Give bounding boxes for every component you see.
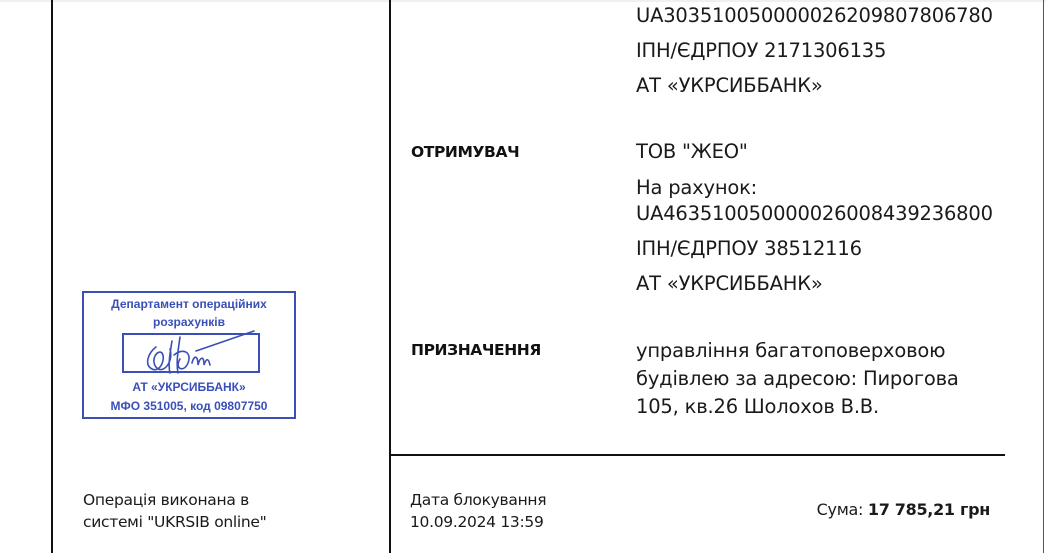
payer-bank: АТ «УКРСИББАНК» [636, 73, 823, 99]
purpose-line-3: 105, кв.26 Шолохов В.В. [636, 394, 879, 420]
recipient-bank: АТ «УКРСИББАНК» [636, 271, 823, 297]
recipient-account: UA463510050000026008439236800 [636, 201, 993, 227]
sum-value: 17 785,21 грн [868, 500, 990, 519]
recipient-tax-id: ІПН/ЄДРПОУ 38512116 [636, 236, 862, 262]
stamp-line-4: МФО 351005, код 09807750 [84, 399, 294, 413]
payer-account: UA303510050000026209807806780 [636, 3, 993, 29]
system-note-line-2: системі "UKRSIB online" [83, 511, 267, 533]
block-date-label: Дата блокування [410, 489, 546, 511]
stamp-line-1: Департамент операційних [84, 297, 294, 311]
top-edge [0, 0, 1046, 2]
system-note-line-1: Операція виконана в [83, 489, 267, 511]
purpose-label: ПРИЗНАЧЕННЯ [411, 341, 541, 359]
purpose-line-2: будівлею за адресою: Пирогова [636, 366, 959, 392]
block-date: Дата блокування 10.09.2024 13:59 [410, 489, 546, 533]
column-divider [389, 0, 391, 553]
stamp-line-3: АТ «УКРСИББАНК» [84, 380, 294, 394]
signature-icon [134, 319, 274, 379]
recipient-name: ТОВ "ЖЕО" [636, 139, 748, 165]
payer-tax-id: ІПН/ЄДРПОУ 2171306135 [636, 38, 886, 64]
bank-stamp: Департамент операційних розрахунків АТ «… [82, 291, 296, 419]
footer-divider [391, 454, 1005, 456]
sum-label: Сума: [817, 500, 863, 519]
recipient-label: ОТРИМУВАЧ [411, 143, 519, 161]
recipient-account-label: На рахунок: [636, 175, 757, 201]
block-date-value: 10.09.2024 13:59 [410, 511, 546, 533]
sum: Сума: 17 785,21 грн [817, 500, 990, 519]
system-note: Операція виконана в системі "UKRSIB onli… [83, 489, 267, 533]
left-border [51, 0, 53, 553]
purpose-line-1: управління багатоповерховою [636, 338, 945, 364]
right-border [1043, 0, 1044, 553]
